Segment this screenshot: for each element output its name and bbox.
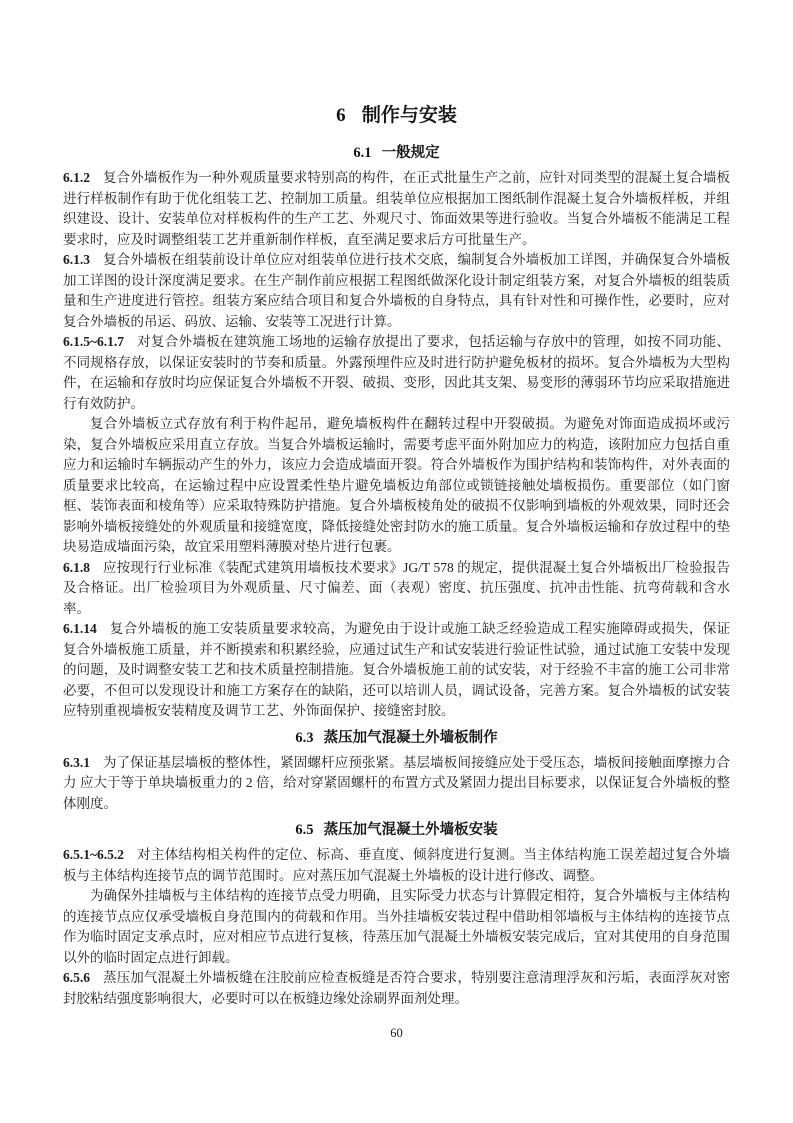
chapter-number: 6 — [336, 105, 346, 126]
section-heading-6-5: 6.5蒸压加气混凝土外墙板安装 — [63, 821, 730, 839]
clause-number: 6.1.14 — [63, 621, 97, 636]
clause-number: 6.1.5~6.1.7 — [63, 334, 124, 349]
chapter-title: 6制作与安装 — [63, 104, 730, 128]
clause-number: 6.3.1 — [63, 755, 90, 770]
clause-6-1-14: 6.1.14复合外墙板的施工安装质量要求较高，为避免由于设计或施工缺乏经验造成工… — [63, 619, 730, 722]
commentary-paragraph-storage-transport: 复合外墙板立式存放有利于构件起吊，避免墙板构件在翻转过程中开裂破损。为避免对饰面… — [63, 414, 730, 558]
clause-6-5-1-to-6-5-2: 6.5.1~6.5.2对主体结构相关构件的定位、标高、垂直度、倾斜度进行复测。当… — [63, 845, 730, 886]
clause-6-3-1: 6.3.1为了保证基层墙板的整体性，紧固螺杆应预张紧。基层墙板间接缝应处于受压态… — [63, 753, 730, 815]
clause-6-1-2: 6.1.2复合外墙板作为一种外观质量要求特别高的构件，在正式批量生产之前，应针对… — [63, 168, 730, 250]
section-title-text: 蒸压加气混凝土外墙板制作 — [324, 730, 498, 746]
clause-number: 6.1.3 — [63, 252, 90, 267]
clause-number: 6.1.2 — [63, 170, 90, 185]
section-heading-6-3: 6.3蒸压加气混凝土外墙板制作 — [63, 729, 730, 747]
clause-number: 6.1.8 — [63, 560, 90, 575]
clause-6-1-8: 6.1.8应按现行行业标准《装配式建筑用墙板技术要求》JG/T 578 的规定，… — [63, 558, 730, 620]
clause-6-1-3: 6.1.3复合外墙板在组装前设计单位应对组装单位进行技术交底，编制复合外墙板加工… — [63, 250, 730, 332]
clause-6-1-5-to-6-1-7: 6.1.5~6.1.7对复合外墙板在建筑施工场地的运输存放提出了要求，包括运输与… — [63, 332, 730, 414]
clause-number: 6.5.1~6.5.2 — [63, 847, 124, 862]
clause-text: 应按现行行业标准《装配式建筑用墙板技术要求》JG/T 578 的规定，提供混凝土… — [63, 560, 730, 616]
clause-text: 对复合外墙板在建筑施工场地的运输存放提出了要求，包括运输与存放中的管理，如按不同… — [63, 334, 730, 411]
commentary-paragraph-connection-nodes: 为确保外挂墙板与主体结构的连接节点受力明确，且实际受力状态与计算假定相符，复合外… — [63, 886, 730, 968]
section-heading-6-1: 6.1一般规定 — [63, 144, 730, 162]
section-number: 6.1 — [353, 145, 371, 161]
page-number: 60 — [0, 1026, 793, 1041]
section-number: 6.5 — [295, 822, 313, 838]
chapter-title-text: 制作与安装 — [362, 105, 457, 126]
clause-number: 6.5.6 — [63, 970, 90, 985]
clause-text: 复合外墙板在组装前设计单位应对组装单位进行技术交底，编制复合外墙板加工详图，并确… — [63, 252, 730, 329]
clause-text: 复合外墙板的施工安装质量要求较高，为避免由于设计或施工缺乏经验造成工程实施障碍或… — [63, 621, 730, 718]
document-page: 6制作与安装 6.1一般规定 6.1.2复合外墙板作为一种外观质量要求特别高的构… — [0, 0, 793, 1123]
clause-text: 复合外墙板作为一种外观质量要求特别高的构件，在正式批量生产之前，应针对同类型的混… — [63, 170, 730, 247]
section-number: 6.3 — [295, 730, 313, 746]
clause-text: 对主体结构相关构件的定位、标高、垂直度、倾斜度进行复测。当主体结构施工误差超过复… — [63, 847, 730, 883]
section-title-text: 一般规定 — [382, 145, 440, 161]
clause-text: 为了保证基层墙板的整体性，紧固螺杆应预张紧。基层墙板间接缝应处于受压态，墙板间接… — [63, 755, 730, 811]
clause-text: 蒸压加气混凝土外墙板缝在注胶前应检查板缝是否符合要求，特别要注意清理浮灰和污垢，… — [63, 970, 730, 1006]
clause-6-5-6: 6.5.6蒸压加气混凝土外墙板缝在注胶前应检查板缝是否符合要求，特别要注意清理浮… — [63, 968, 730, 1009]
section-title-text: 蒸压加气混凝土外墙板安装 — [324, 822, 498, 838]
